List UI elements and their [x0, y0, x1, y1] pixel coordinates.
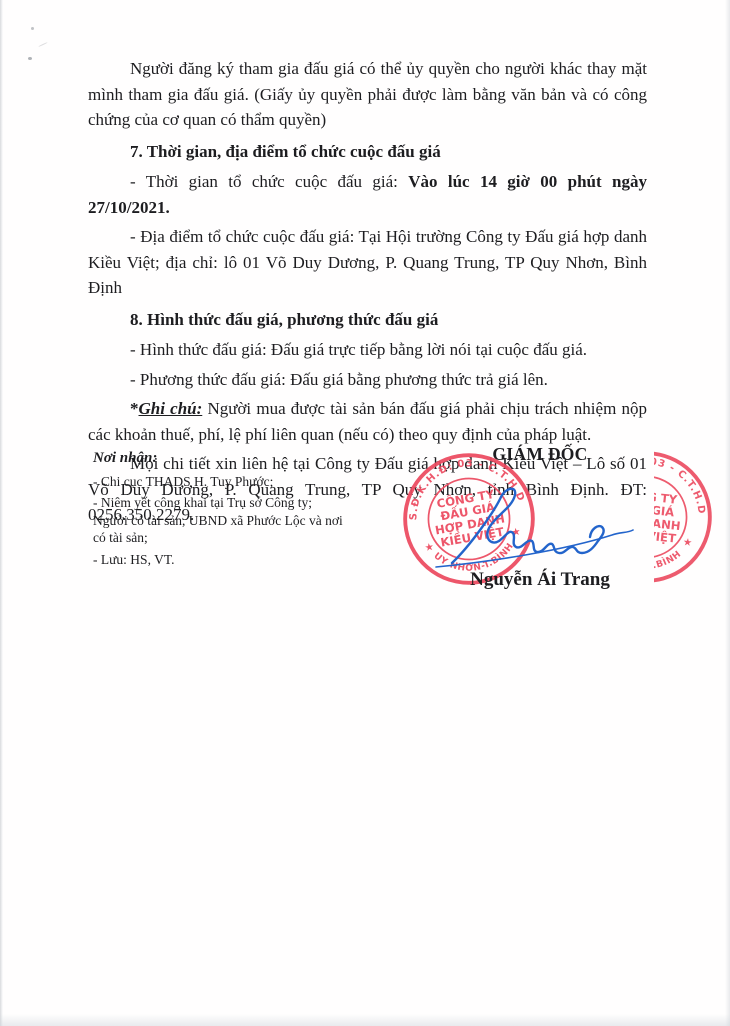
recipients-block: Nơi nhận: - Chi cục THADS H. Tuy Phước; … [93, 450, 345, 572]
scan-speck [28, 57, 32, 60]
recipient-item: - Niêm yết công khai tại Trụ sở Công ty;… [93, 494, 345, 547]
director-signature [425, 478, 640, 578]
auction-time-line: - Thời gian tổ chức cuộc đấu giá: Vào lú… [88, 169, 647, 220]
note-paragraph: *Ghi chú: Người mua được tài sản bán đấu… [88, 396, 647, 447]
note-asterisk: * [130, 399, 139, 418]
partial-stamp [654, 444, 718, 594]
paragraph-authorization: Người đăng ký tham gia đấu giá có thể ủy… [88, 56, 647, 133]
recipients-label: Nơi nhận: [93, 450, 345, 468]
scan-speck [31, 27, 34, 30]
note-label: Ghi chú: [139, 399, 203, 418]
scan-edge-right [725, 0, 730, 1026]
scan-edge-left [0, 0, 3, 1026]
scan-edge-bottom [0, 1014, 730, 1026]
recipient-item: - Lưu: HS, VT. [93, 551, 345, 569]
recipient-item: - Chi cục THADS H. Tuy Phước; [93, 473, 345, 491]
document-page: Người đăng ký tham gia đấu giá có thể ủy… [0, 0, 730, 1026]
auction-time-label: - Thời gian tổ chức cuộc đấu giá: [130, 172, 408, 191]
auction-method-line: - Phương thức đấu giá: Đấu giá bằng phươ… [88, 367, 647, 393]
auction-format-line: - Hình thức đấu giá: Đấu giá trực tiếp b… [88, 337, 647, 363]
section-8-heading: 8. Hình thức đấu giá, phương thức đấu gi… [88, 307, 647, 333]
auction-location-line: - Địa điểm tổ chức cuộc đấu giá: Tại Hội… [88, 224, 647, 301]
signer-name: Nguyễn Ái Trang [440, 569, 640, 591]
signature-stroke [452, 489, 604, 563]
partial-stamp-art [654, 448, 715, 586]
section-7-heading: 7. Thời gian, địa điểm tổ chức cuộc đấu … [88, 139, 647, 165]
scan-speck [38, 42, 47, 47]
